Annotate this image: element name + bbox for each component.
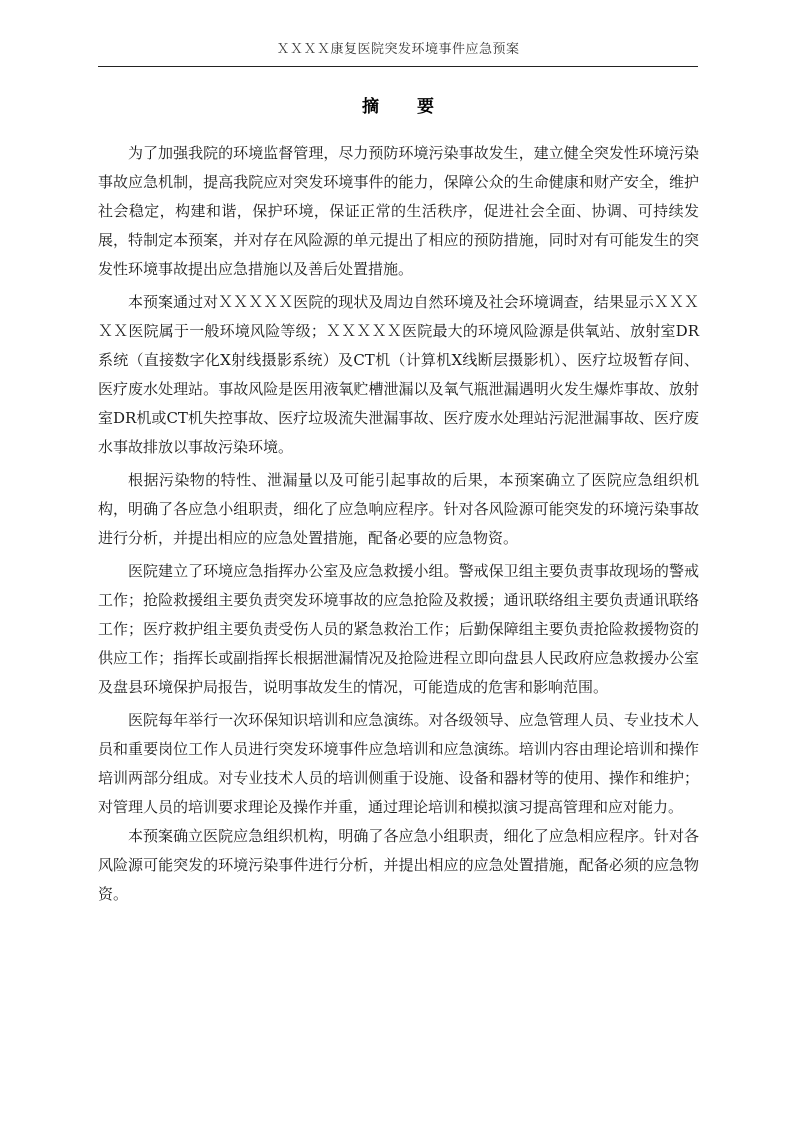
- running-header: ＸＸＸＸ康复医院突发环境事件应急预案: [98, 38, 698, 57]
- paragraph-training: 医院每年举行一次环保知识培训和应急演练。对各级领导、应急管理人员、专业技术人员和…: [98, 706, 699, 822]
- abstract-body: 为了加强我院的环境监督管理，尽力预防环境污染事故发生，建立健全突发性环境污染事故…: [98, 139, 699, 909]
- paragraph-conclusion: 本预案确立医院应急组织机构，明确了各应急小组职责，细化了应急相应程序。针对各风险…: [98, 822, 699, 909]
- paragraph-purpose: 为了加强我院的环境监督管理，尽力预防环境污染事故发生，建立健全突发性环境污染事故…: [98, 139, 699, 284]
- paragraph-rescue-groups: 医院建立了环境应急指挥办公室及应急救援小组。警戒保卫组主要负责事故现场的警戒工作…: [98, 557, 699, 702]
- header-divider: [98, 66, 698, 67]
- paragraph-organization: 根据污染物的特性、泄漏量以及可能引起事故的后果，本预案确立了医院应急组织机构，明…: [98, 466, 699, 553]
- abstract-title: 摘 要: [98, 92, 698, 117]
- paragraph-risk-sources: 本预案通过对ＸＸＸＸＸ医院的现状及周边自然环境及社会环境调查，结果显示ＸＸＸＸＸ…: [98, 288, 699, 462]
